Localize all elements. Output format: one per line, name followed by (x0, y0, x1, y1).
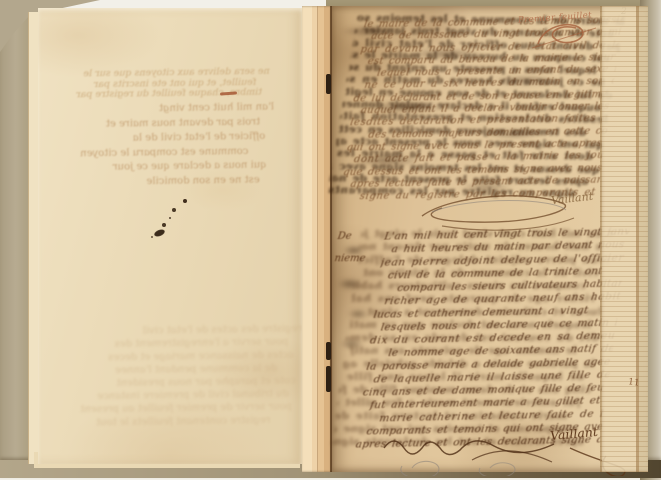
act2-script-layer: L'an mil huit cent vingt trois le vingt … (354, 225, 630, 456)
bottom-signatures-flourish (376, 426, 566, 476)
left-page-bleedthrough-printed: ne sera delivre aux citoyens que sur lef… (86, 67, 270, 101)
edge-mark: 11 (627, 377, 640, 388)
ink-blot (153, 228, 165, 238)
left-page-bleedthrough-lower: registre des actes de l'etat civilpour s… (57, 322, 303, 429)
right-page: le maire de la commune et les temoins so… (332, 6, 648, 472)
ink-spot-trail (183, 199, 187, 203)
fore-edge-page-stack (600, 6, 648, 472)
left-page: ne sera delivre aux citoyens que sur lef… (38, 8, 302, 464)
left-page-bleedthrough-script: l'an mil huit cent vingttrois par devant… (58, 101, 274, 191)
scanned-register-photo: ne sera delivre aux citoyens que sur lef… (0, 0, 661, 480)
binding-gutter (302, 6, 332, 472)
binding-stitch-mid (326, 342, 331, 360)
gutter-seam (317, 6, 318, 472)
binding-stitch-top (326, 74, 331, 94)
binding-stitch-bottom (326, 366, 331, 392)
header-paraph-flourish (530, 20, 604, 54)
